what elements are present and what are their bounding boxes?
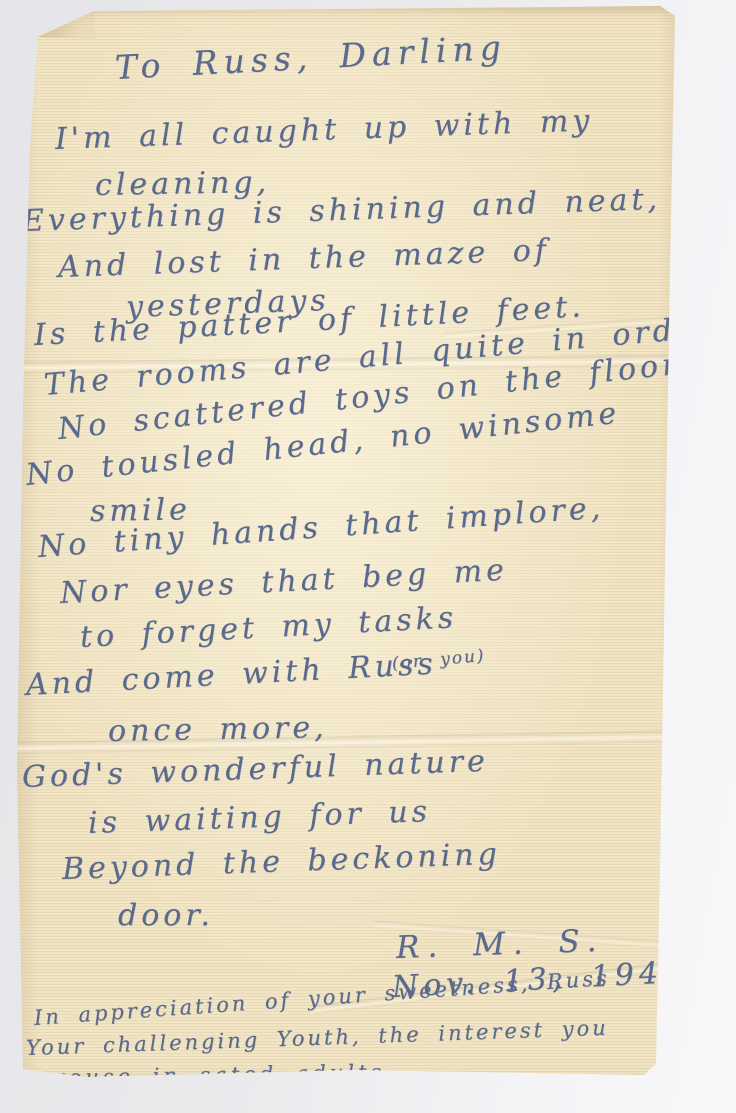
postscript-line: arouse in sated adults. <box>38 1060 396 1090</box>
body-line: I'm all caught up with my <box>54 103 593 157</box>
body-line: And lost in the maze of <box>57 233 550 285</box>
body-line: And come with Russ <box>25 647 437 703</box>
folded-corner <box>36 9 100 41</box>
body-line: Beyond the beckoning <box>61 837 501 887</box>
body-line: to forget my tasks <box>79 600 458 655</box>
salutation-line: To Russ, Darling <box>114 28 508 87</box>
body-line: door. <box>118 898 214 933</box>
body-line: once more, <box>108 710 328 749</box>
scan-background: To Russ, Darling I'm all caught up with … <box>0 0 736 1113</box>
letter-paper: To Russ, Darling I'm all caught up with … <box>14 6 688 1090</box>
body-line: God's wonderful nature <box>21 744 489 795</box>
body-line: is waiting for us <box>87 794 431 841</box>
